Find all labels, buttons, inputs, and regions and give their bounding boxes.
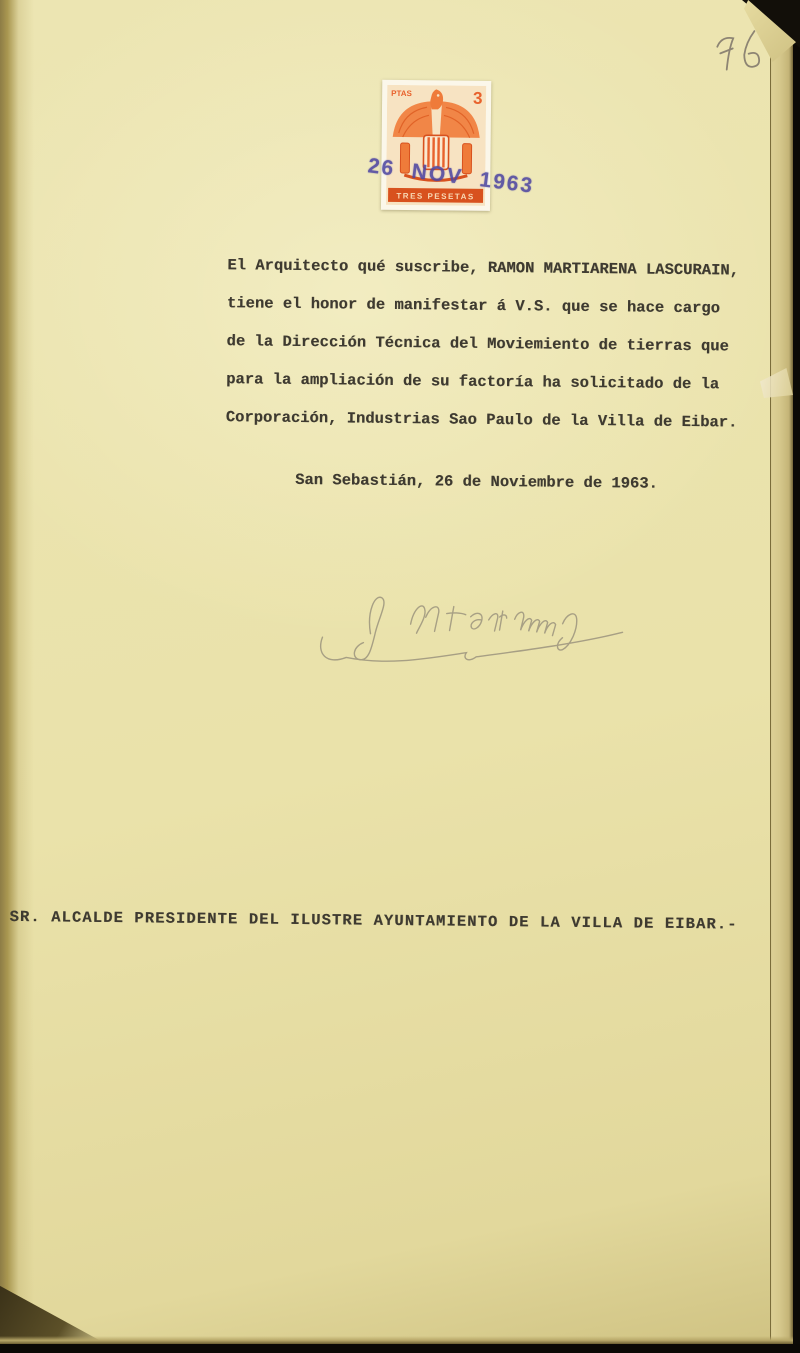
signature-strokes-icon <box>318 571 639 679</box>
page-content: PTAS 3 TRES PESETAS 26 NOV 1963 El Arqui… <box>0 0 800 1353</box>
address-line: SR. ALCALDE PRESIDENTE DEL ILUSTRE AYUNT… <box>9 898 737 944</box>
pencil-76-icon <box>709 24 769 79</box>
letter-line: tiene el honor de manifestar á V.S. que … <box>227 284 767 328</box>
letter-line: de la Dirección Técnica del Moviemiento … <box>226 322 766 366</box>
stamp-currency-label: PTAS <box>391 89 412 98</box>
pencil-page-number <box>709 24 770 84</box>
date-line: San Sebastián, 26 de Noviembre de 1963. <box>295 461 658 503</box>
letter-line: El Arquitecto qué suscribe, RAMON MARTIA… <box>227 246 767 290</box>
handwritten-signature <box>318 571 639 684</box>
scanned-letter-photo: PTAS 3 TRES PESETAS 26 NOV 1963 El Arqui… <box>0 0 800 1353</box>
letter-line: para la ampliación de su factoría ha sol… <box>226 360 766 404</box>
stamp-value: 3 <box>473 89 483 108</box>
stamp-denomination: TRES PESETAS <box>396 191 474 201</box>
letter-body: El Arquitecto qué suscribe, RAMON MARTIA… <box>226 246 768 442</box>
letter-line: Corporación, Industrias Sao Paulo de la … <box>226 398 766 442</box>
